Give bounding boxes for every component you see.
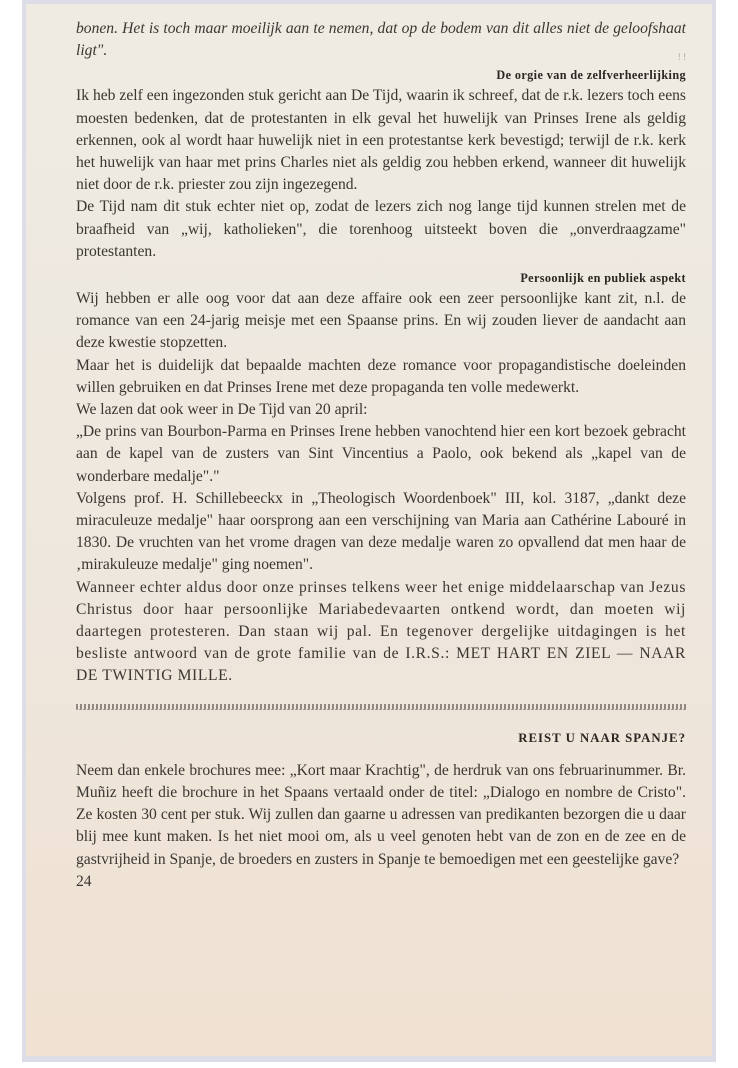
- paragraph: „De prins van Bourbon-Parma en Prinses I…: [76, 421, 686, 488]
- page-number: 24: [76, 871, 686, 893]
- section-heading-zelfverheerlijking: De orgie van de zelfverheerlijking: [76, 66, 686, 85]
- paragraph: Neem dan enkele brochures mee: „Kort maa…: [76, 760, 686, 871]
- paragraph: Volgens prof. H. Schillebeeckx in „Theol…: [76, 488, 686, 577]
- page-text: bonen. Het is toch maar moeilijk aan te …: [76, 18, 686, 893]
- section-heading-spanje: REIST U NAAR SPANJE?: [76, 728, 686, 748]
- ornamental-divider: [76, 704, 686, 710]
- section-heading-persoonlijk: Persoonlijk en publiek aspekt: [76, 269, 686, 288]
- paragraph: Maar het is duidelijk dat bepaalde macht…: [76, 355, 686, 399]
- paragraph: De Tijd nam dit stuk echter niet op, zod…: [76, 196, 686, 263]
- paragraph: Wij hebben er alle oog voor dat aan deze…: [76, 288, 686, 355]
- paragraph: Wanneer echter aldus door onze prinses t…: [76, 577, 686, 688]
- paragraph: Ik heb zelf een ingezonden stuk gericht …: [76, 85, 686, 196]
- margin-mark: ! !: [76, 52, 686, 62]
- paragraph: We lazen dat ook weer in De Tijd van 20 …: [76, 399, 686, 421]
